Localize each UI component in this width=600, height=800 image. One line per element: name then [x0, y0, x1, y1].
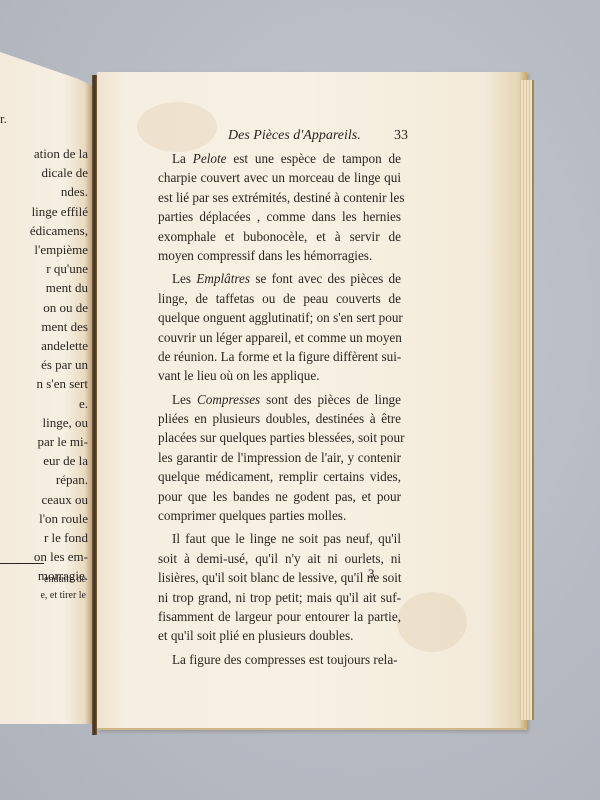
text-line-fragment: ment du	[30, 278, 88, 297]
text-line-fragment: ment des	[30, 317, 88, 336]
paragraph: Il faut que le linge ne soit pas neuf, q…	[158, 529, 401, 645]
foxing-stain	[397, 592, 467, 652]
text-line-fragment: r le fond	[30, 528, 88, 547]
text-line: quelque médicament, remplir certains vid…	[158, 467, 401, 486]
text-line: La Pelote est une espèce de tampon de	[158, 149, 401, 168]
text-line: Les Compresses sont des pièces de linge	[158, 390, 401, 409]
paragraph: Les Emplâtres se font avec des pièces de…	[158, 269, 401, 385]
text-line: soit à demi-usé, qu'il n'y ait ni ourlet…	[158, 549, 401, 568]
foxing-stain	[137, 102, 217, 152]
left-page-footnotes: enduire dee, et tirer le	[40, 572, 86, 604]
text-line: charpie couvert avec un morceau de linge…	[158, 168, 401, 187]
text-line: vant le lieu où on les applique.	[158, 366, 401, 385]
left-page-heading-fragment: r.	[0, 111, 7, 127]
text-line-fragment: e.	[30, 394, 88, 413]
left-page-text: ation de ladicale dendes.linge effiléédi…	[30, 144, 88, 586]
text-line: lisières, qu'il soit blanc de lessive, q…	[158, 568, 401, 587]
text-line-fragment: ndes.	[30, 182, 88, 201]
text-line: placées sur quelques parties blessées, s…	[158, 428, 401, 447]
text-line-fragment: és par un	[30, 355, 88, 374]
text-line-fragment: l'empième	[30, 240, 88, 259]
text-line: les garantir de l'impression de l'air, y…	[158, 448, 401, 467]
text-line-fragment: eur de la	[30, 451, 88, 470]
chapter-title: Des Pièces d'Appareils.	[228, 128, 361, 144]
text-line-fragment: par le mi-	[30, 432, 88, 451]
text-line: ni trop grand, ni trop petit; mais qu'il…	[158, 588, 401, 607]
page-edges	[520, 80, 534, 720]
text-line: pour que les bandes ne godent pas, et po…	[158, 487, 401, 506]
text-line-fragment: andelette	[30, 336, 88, 355]
italic-term: Pelote	[193, 151, 227, 166]
text-line-fragment: ceaux ou	[30, 490, 88, 509]
italic-term: Emplâtres	[196, 271, 250, 286]
italic-term: Compresses	[197, 392, 260, 407]
text-line-fragment: n s'en sert	[30, 374, 88, 393]
page-number: 33	[394, 128, 408, 144]
text-line-fragment: édicamens,	[30, 221, 88, 240]
text-line: exomphale et bubonocèle, et à servir de	[158, 227, 401, 246]
text-line-fragment: l'on roule	[30, 509, 88, 528]
body-text: La Pelote est une espèce de tampon decha…	[158, 149, 401, 669]
paragraph: La Pelote est une espèce de tampon decha…	[158, 149, 401, 265]
paragraph: La figure des compresses est toujours re…	[158, 650, 401, 669]
text-line-fragment: linge, ou	[30, 413, 88, 432]
text-line: pliées en plusieurs doubles, destinées à…	[158, 409, 401, 428]
text-line-fragment: répan.	[30, 470, 88, 489]
text-line: Les Emplâtres se font avec des pièces de	[158, 269, 401, 288]
text-line-fragment: linge effilé	[30, 202, 88, 221]
footnote-fragment: e, et tirer le	[40, 588, 86, 604]
text-line: parties déplacées , comme dans les herni…	[158, 207, 401, 226]
signature-mark: 3	[368, 566, 375, 582]
text-line: Il faut que le linge ne soit pas neuf, q…	[158, 529, 401, 548]
footnote-rule	[0, 563, 44, 564]
footnote-fragment: enduire de	[40, 572, 86, 588]
text-line: et qu'il soit plié en plusieurs doubles.	[158, 626, 401, 645]
text-line: linge, de taffetas ou de peau couverts d…	[158, 289, 401, 308]
text-line-fragment: r qu'une	[30, 259, 88, 278]
text-line-fragment: ation de la	[30, 144, 88, 163]
text-line: moyen compressif dans les hémorragies.	[158, 246, 401, 265]
text-line: comprimer quelques parties molles.	[158, 506, 401, 525]
running-head: Des Pièces d'Appareils. 33	[228, 128, 408, 144]
text-line: La figure des compresses est toujours re…	[158, 650, 401, 669]
paragraph: Les Compresses sont des pièces de lingep…	[158, 390, 401, 526]
text-line-fragment: on ou de	[30, 298, 88, 317]
text-line: de réunion. La forme et la figure diffèr…	[158, 347, 401, 366]
text-line: est lié par ses extrémités, destiné à co…	[158, 188, 401, 207]
text-line: couvrir un léger appareil, et comme un m…	[158, 328, 401, 347]
text-line: quelque onguent agglutinatif; on s'en se…	[158, 308, 401, 327]
text-line-fragment: dicale de	[30, 163, 88, 182]
text-line: fisamment de largeur pour entourer la pa…	[158, 607, 401, 626]
